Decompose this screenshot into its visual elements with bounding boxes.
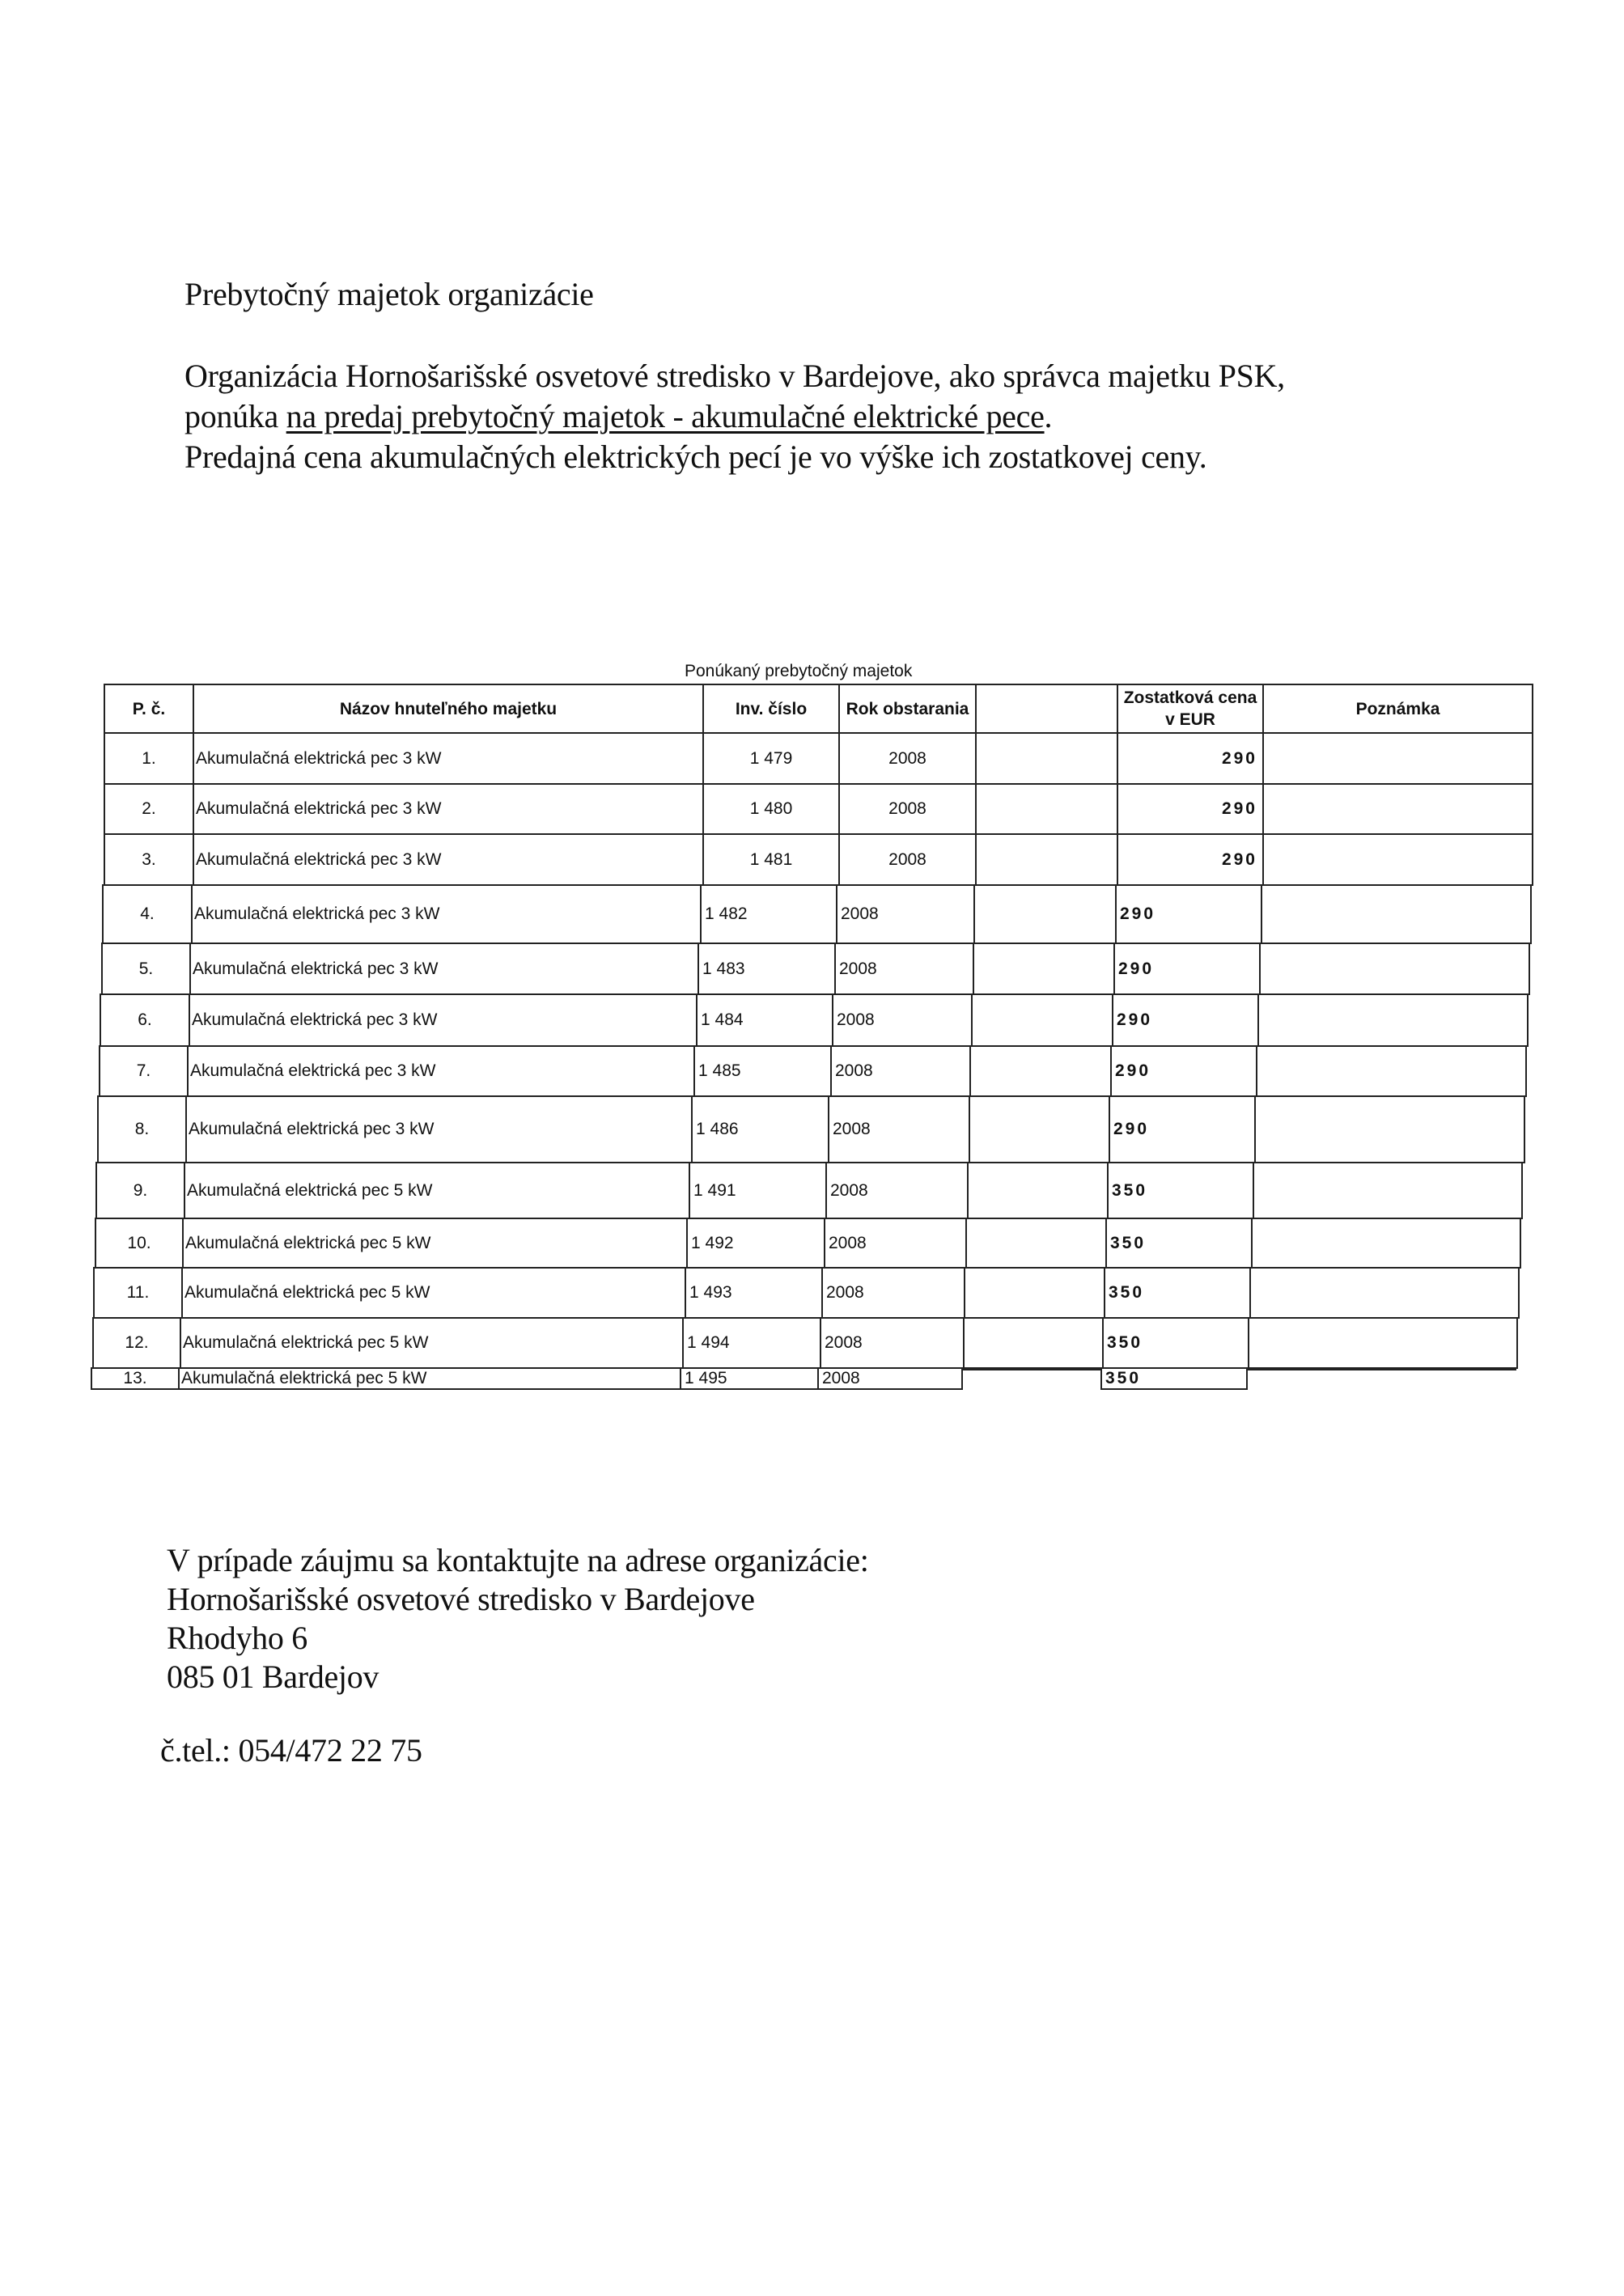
table-row-12-blank — [963, 1317, 1104, 1369]
table-row-3-price-text: 290 — [1222, 850, 1257, 870]
table-row-11-price: 350 — [1104, 1267, 1251, 1319]
table-row-7-price-text: 290 — [1115, 1061, 1151, 1081]
table-row-8-price: 290 — [1109, 1095, 1256, 1163]
table-row-3-price: 290 — [1117, 833, 1264, 886]
table-row-13-price: 350 — [1100, 1367, 1248, 1390]
table-header-note: Poznámka — [1262, 684, 1533, 734]
table-row-10-price: 350 — [1105, 1218, 1253, 1269]
contact-phone: č.tel.: 054/472 22 75 — [160, 1731, 422, 1769]
table-row-1-blank — [975, 732, 1118, 785]
intro-line-1: Organizácia Hornošarišské osvetové stred… — [184, 356, 1447, 396]
table-row-9-num-text: 9. — [134, 1181, 148, 1201]
table-row-2-inv: 1 480 — [702, 783, 840, 835]
table-row-1-note — [1262, 732, 1533, 785]
table-row-3-blank — [975, 833, 1118, 886]
table-row-11-price-text: 350 — [1109, 1283, 1144, 1303]
table-row-4-year-text: 2008 — [841, 904, 879, 924]
table-row-11-num-text: 11. — [127, 1283, 150, 1303]
table-row-6-name-text: Akumulačná elektrická pec 3 kW — [192, 1010, 437, 1030]
table-row-2-name: Akumulačná elektrická pec 3 kW — [193, 783, 704, 835]
table-row-12-name: Akumulačná elektrická pec 5 kW — [180, 1317, 684, 1369]
table-row-10-name-text: Akumulačná elektrická pec 5 kW — [185, 1234, 430, 1253]
table-row-8-inv-text: 1 486 — [696, 1120, 739, 1139]
table-row-6-num: 6. — [100, 993, 190, 1047]
table-row-2-year: 2008 — [838, 783, 977, 835]
table-row-10-price-text: 350 — [1110, 1234, 1146, 1253]
table-row-12-name-text: Akumulačná elektrická pec 5 kW — [183, 1333, 428, 1353]
contact-organization: Hornošarišské osvetové stredisko v Barde… — [167, 1580, 869, 1619]
table-row-8-note — [1254, 1095, 1525, 1163]
table-row-6-year-text: 2008 — [837, 1010, 875, 1030]
table-row-1-price: 290 — [1117, 732, 1264, 785]
table-row-9-blank — [967, 1162, 1109, 1219]
table-header-year: Rok obstarania — [838, 684, 977, 734]
table-row-6-name: Akumulačná elektrická pec 3 kW — [189, 993, 698, 1047]
table-row-8-num-text: 8. — [135, 1120, 150, 1139]
table-row-13-price-text: 350 — [1105, 1369, 1141, 1388]
table-row-4-price: 290 — [1115, 884, 1262, 944]
table-row-1-name: Akumulačná elektrická pec 3 kW — [193, 732, 704, 785]
table-row-13-year-text: 2008 — [822, 1369, 860, 1388]
table-row-1-num: 1. — [104, 732, 194, 785]
table-row-8-year: 2008 — [828, 1095, 970, 1163]
table-row-9-inv-text: 1 491 — [693, 1181, 736, 1201]
table-row-6-num-text: 6. — [138, 1010, 152, 1030]
table-row-9-year-text: 2008 — [830, 1181, 868, 1201]
table-row-5-name-text: Akumulačná elektrická pec 3 kW — [193, 959, 438, 979]
table-row-3-year: 2008 — [838, 833, 977, 886]
document-title: Prebytočný majetok organizácie — [184, 275, 594, 313]
table-row-4-price-text: 290 — [1120, 904, 1155, 924]
table-row-10-inv: 1 492 — [686, 1218, 825, 1269]
table-row-2-num-text: 2. — [142, 799, 156, 819]
table-row-13-note — [1246, 1367, 1516, 1370]
table-row-5-num-text: 5. — [139, 959, 154, 979]
table-row-4-name-text: Akumulačná elektrická pec 3 kW — [194, 904, 439, 924]
table-header-blank — [975, 684, 1118, 734]
table-row-9-price-text: 350 — [1112, 1181, 1147, 1201]
table-row-13-name: Akumulačná elektrická pec 5 kW — [178, 1367, 681, 1390]
table-row-5-price-text: 290 — [1118, 959, 1154, 979]
contact-city: 085 01 Bardejov — [167, 1658, 869, 1697]
table-header-note-text: Poznámka — [1356, 698, 1440, 720]
table-row-11-name: Akumulačná elektrická pec 5 kW — [181, 1267, 686, 1319]
intro-line-2-prefix: ponúka — [184, 398, 286, 434]
table-caption: Ponúkaný prebytočný majetok — [685, 662, 912, 681]
table-row-2-price: 290 — [1117, 783, 1264, 835]
table-row-9-year: 2008 — [825, 1162, 969, 1219]
intro-line-2: ponúka na predaj prebytočný majetok - ak… — [184, 396, 1447, 437]
table-row-5-name: Akumulačná elektrická pec 3 kW — [189, 943, 699, 995]
table-row-13-inv: 1 495 — [680, 1367, 819, 1390]
table-row-1-price-text: 290 — [1222, 749, 1257, 769]
table-header-inv: Inv. číslo — [702, 684, 840, 734]
table-row-11-note — [1249, 1267, 1520, 1319]
table-row-13-blank — [961, 1367, 1102, 1370]
table-row-11-year-text: 2008 — [826, 1283, 864, 1303]
table-row-2-blank — [975, 783, 1118, 835]
table-row-5-note — [1259, 943, 1530, 995]
table-row-7-year-text: 2008 — [835, 1061, 873, 1081]
contact-block: V prípade záujmu sa kontaktujte na adres… — [167, 1541, 869, 1697]
table-row-3-name: Akumulačná elektrická pec 3 kW — [193, 833, 704, 886]
table-row-12-note — [1248, 1317, 1518, 1369]
table-header-num: P. č. — [104, 684, 194, 734]
table-row-4-year: 2008 — [836, 884, 975, 944]
table-row-3-num: 3. — [104, 833, 194, 886]
table-row-8-inv: 1 486 — [691, 1095, 829, 1163]
table-row-10-num: 10. — [95, 1218, 184, 1269]
table-row-7-num: 7. — [99, 1045, 189, 1097]
table-row-9-num: 9. — [95, 1162, 185, 1219]
table-row-13-name-text: Akumulačná elektrická pec 5 kW — [181, 1369, 426, 1388]
table-row-10-inv-text: 1 492 — [691, 1234, 734, 1253]
table-row-9-note — [1253, 1162, 1523, 1219]
table-row-3-year-text: 2008 — [888, 850, 926, 870]
table-row-8-num: 8. — [97, 1095, 187, 1163]
table-row-1-year-text: 2008 — [888, 749, 926, 769]
table-row-8-name: Akumulačná elektrická pec 3 kW — [185, 1095, 693, 1163]
table-row-8-price-text: 290 — [1113, 1120, 1149, 1139]
table-row-12-year-text: 2008 — [825, 1333, 863, 1353]
table-row-7-price: 290 — [1110, 1045, 1257, 1097]
table-row-6-inv: 1 484 — [696, 993, 833, 1047]
table-row-9-name: Akumulačná elektrická pec 5 kW — [184, 1162, 690, 1219]
table-row-13-inv-text: 1 495 — [685, 1369, 727, 1388]
table-row-2-note — [1262, 783, 1533, 835]
table-row-10-note — [1251, 1218, 1521, 1269]
table-row-10-num-text: 10. — [127, 1234, 151, 1253]
table-row-7-name-text: Akumulačná elektrická pec 3 kW — [190, 1061, 435, 1081]
table-row-10-name: Akumulačná elektrická pec 5 kW — [182, 1218, 688, 1269]
table-row-2-inv-text: 1 480 — [750, 799, 793, 819]
table-row-5-num: 5. — [101, 943, 191, 995]
table-row-12-price-text: 350 — [1107, 1333, 1143, 1353]
table-row-8-year-text: 2008 — [833, 1120, 871, 1139]
table-row-5-blank — [973, 943, 1115, 995]
table-row-1-num-text: 1. — [142, 749, 156, 769]
table-row-7-note — [1256, 1045, 1527, 1097]
table-row-6-price-text: 290 — [1117, 1010, 1152, 1030]
table-row-1-inv: 1 479 — [702, 732, 840, 785]
table-row-13-num-text: 13. — [123, 1369, 146, 1388]
table-row-7-num-text: 7. — [137, 1061, 151, 1081]
table-row-2-price-text: 290 — [1222, 799, 1257, 819]
table-row-4-inv: 1 482 — [700, 884, 837, 944]
table-row-5-price: 290 — [1113, 943, 1261, 995]
table-row-8-blank — [969, 1095, 1110, 1163]
table-row-3-inv-text: 1 481 — [750, 850, 793, 870]
table-row-7-year: 2008 — [830, 1045, 971, 1097]
table-row-12-num: 12. — [92, 1317, 181, 1369]
table-row-6-note — [1257, 993, 1529, 1047]
table-row-12-year: 2008 — [820, 1317, 965, 1369]
intro-line-3: Predajná cena akumulačných elektrických … — [184, 437, 1447, 477]
table-row-4-num-text: 4. — [140, 904, 155, 924]
table-row-12-inv-text: 1 494 — [687, 1333, 730, 1353]
table-header-year-text: Rok obstarania — [846, 698, 969, 720]
table-row-7-blank — [969, 1045, 1112, 1097]
table-row-13-year: 2008 — [817, 1367, 963, 1390]
table-row-5-inv-text: 1 483 — [702, 959, 745, 979]
table-row-6-blank — [971, 993, 1113, 1047]
table-header-price-text: Zostatková cena v EUR — [1118, 687, 1262, 731]
table-row-12-num-text: 12. — [125, 1333, 148, 1353]
table-row-5-inv: 1 483 — [698, 943, 836, 995]
table-row-3-name-text: Akumulačná elektrická pec 3 kW — [196, 850, 441, 870]
table-row-10-year-text: 2008 — [829, 1234, 867, 1253]
table-row-5-year: 2008 — [834, 943, 974, 995]
table-row-7-inv: 1 485 — [693, 1045, 832, 1097]
table-row-11-year: 2008 — [821, 1267, 965, 1319]
intro-line-2-suffix: . — [1045, 398, 1053, 434]
table-row-6-inv-text: 1 484 — [701, 1010, 744, 1030]
table-row-11-name-text: Akumulačná elektrická pec 5 kW — [184, 1283, 430, 1303]
table-row-10-year: 2008 — [824, 1218, 967, 1269]
table-row-1-name-text: Akumulačná elektrická pec 3 kW — [196, 749, 441, 769]
contact-street: Rhodyho 6 — [167, 1619, 869, 1658]
table-row-13-num: 13. — [91, 1367, 180, 1390]
table-header-name: Názov hnuteľného majetku — [193, 684, 704, 734]
table-row-2-year-text: 2008 — [888, 799, 926, 819]
table-row-7-name: Akumulačná elektrická pec 3 kW — [187, 1045, 695, 1097]
table-header-name-text: Názov hnuteľného majetku — [340, 698, 557, 720]
contact-intro: V prípade záujmu sa kontaktujte na adres… — [167, 1541, 869, 1580]
table-row-11-inv-text: 1 493 — [689, 1283, 732, 1303]
table-row-11-blank — [964, 1267, 1105, 1319]
table-row-2-name-text: Akumulačná elektrická pec 3 kW — [196, 799, 441, 819]
table-header-inv-text: Inv. číslo — [736, 698, 807, 720]
table-row-11-num: 11. — [93, 1267, 183, 1319]
table-row-3-inv: 1 481 — [702, 833, 840, 886]
table-row-2-num: 2. — [104, 783, 194, 835]
table-row-7-inv-text: 1 485 — [698, 1061, 741, 1081]
table-row-8-name-text: Akumulačná elektrická pec 3 kW — [189, 1120, 434, 1139]
table-row-1-inv-text: 1 479 — [750, 749, 793, 769]
table-row-4-blank — [973, 884, 1117, 944]
table-row-6-year: 2008 — [832, 993, 973, 1047]
intro-offer-underlined: na predaj prebytočný majetok - akumulačn… — [286, 398, 1045, 434]
table-header-price: Zostatková cena v EUR — [1117, 684, 1264, 734]
table-row-4-num: 4. — [102, 884, 193, 944]
table-row-9-name-text: Akumulačná elektrická pec 5 kW — [187, 1181, 432, 1201]
table-row-4-inv-text: 1 482 — [705, 904, 748, 924]
table-row-12-inv: 1 494 — [682, 1317, 821, 1369]
table-row-5-year-text: 2008 — [839, 959, 877, 979]
table-row-12-price: 350 — [1102, 1317, 1249, 1369]
table-row-3-note — [1262, 833, 1533, 886]
table-row-6-price: 290 — [1112, 993, 1259, 1047]
table-row-1-year: 2008 — [838, 732, 977, 785]
intro-paragraph: Organizácia Hornošarišské osvetové stred… — [184, 356, 1447, 477]
table-row-4-name: Akumulačná elektrická pec 3 kW — [191, 884, 702, 944]
table-row-9-inv: 1 491 — [689, 1162, 827, 1219]
table-row-11-inv: 1 493 — [685, 1267, 823, 1319]
table-row-10-blank — [965, 1218, 1107, 1269]
table-row-4-note — [1261, 884, 1532, 944]
table-header-num-text: P. č. — [133, 698, 165, 720]
table-row-9-price: 350 — [1107, 1162, 1254, 1219]
table-row-3-num-text: 3. — [142, 850, 156, 870]
